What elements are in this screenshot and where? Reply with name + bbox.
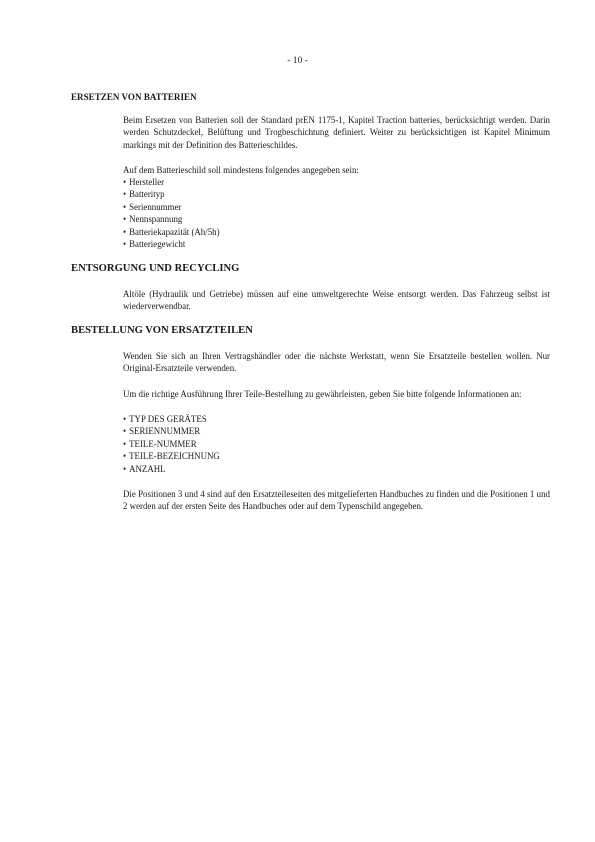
heading-ersetzen-von-batterien: ERSETZEN VON BATTERIEN <box>71 92 197 102</box>
battery-label-intro: Auf dem Batterieschild soll mindestens f… <box>123 164 550 176</box>
list-item: Hersteller <box>123 176 550 188</box>
list-item: SERIENNUMMER <box>123 425 550 437</box>
spare-parts-contact-paragraph: Wenden Sie sich an Ihren Vertragshändler… <box>123 350 550 375</box>
list-item: TYP DES GERÄTES <box>123 413 550 425</box>
list-item: Batteriegewicht <box>123 238 550 250</box>
list-item: ANZAHL <box>123 463 550 475</box>
list-item: Seriennummer <box>123 201 550 213</box>
heading-bestellung-von-ersatzteilen: BESTELLUNG VON ERSATZTEILEN <box>71 325 253 336</box>
battery-label-list: Hersteller Batterityp Seriennummer Nenns… <box>123 176 550 250</box>
page-number: - 10 - <box>0 56 595 66</box>
list-item: Nennspannung <box>123 213 550 225</box>
battery-standard-paragraph: Beim Ersetzen von Batterien soll der Sta… <box>123 114 550 151</box>
order-info-intro: Um die richtige Ausführung Ihrer Teile-B… <box>123 388 550 400</box>
list-item: Batterityp <box>123 188 550 200</box>
list-item: Batteriekapazität (Ah/5h) <box>123 226 550 238</box>
heading-entsorgung-und-recycling: ENTSORGUNG UND RECYCLING <box>71 263 239 274</box>
disposal-paragraph: Altöle (Hydraulik und Getriebe) müssen a… <box>123 288 550 313</box>
list-item: TEILE-NUMMER <box>123 438 550 450</box>
positions-note-paragraph: Die Positionen 3 und 4 sind auf den Ersa… <box>123 488 550 513</box>
list-item: TEILE-BEZEICHNUNG <box>123 450 550 462</box>
order-info-list: TYP DES GERÄTES SERIENNUMMER TEILE-NUMME… <box>123 413 550 475</box>
